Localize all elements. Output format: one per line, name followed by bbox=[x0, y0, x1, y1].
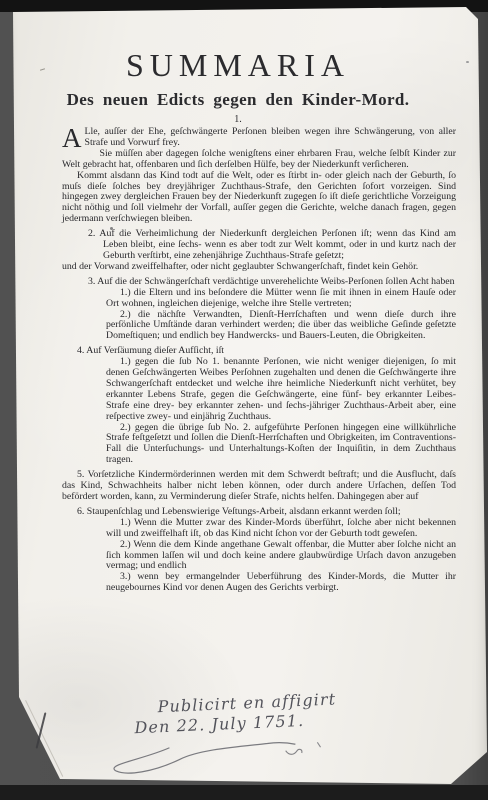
paragraph-14: 1.) Wenn die Mutter zwar des Kinder-Mord… bbox=[106, 518, 456, 540]
paragraph-15: 2.) Wenn die dem Kinde angethane Gewalt … bbox=[106, 540, 456, 573]
page-title: SUMMARIA bbox=[0, 47, 476, 84]
paper-speck bbox=[466, 61, 469, 63]
scanned-document-page: { "doc": { "title": "SUMMARIA", "subtitl… bbox=[0, 0, 488, 800]
document-body: ALle, auſſer der Ehe, geſchwängerte Perſ… bbox=[62, 127, 456, 594]
paper-speck bbox=[110, 227, 113, 230]
page-subtitle: Des neuen Edicts gegen den Kinder-Mord. bbox=[0, 90, 476, 110]
paragraph-text: Lle, auſſer der Ehe, geſchwängerte Perſo… bbox=[85, 126, 457, 148]
paragraph-7: 1.) die Eltern und ins beſondere die Müt… bbox=[106, 288, 456, 310]
scanner-background-bottom bbox=[0, 785, 488, 800]
paragraph-8: 2.) die nächſte Verwandten, Dienſt-Herrſ… bbox=[106, 310, 456, 343]
paragraph-2: Sie müſſen aber dagegen ſolche wenigſten… bbox=[62, 149, 456, 171]
paragraph-16: 3.) wenn bey ermangelnder Ueberführung d… bbox=[106, 572, 456, 594]
paragraph-1: ALle, auſſer der Ehe, geſchwängerte Perſ… bbox=[62, 127, 456, 149]
paragraph-12: 5. Vorſetzliche Kindermörderinnen werden… bbox=[62, 470, 456, 503]
drop-cap: A bbox=[62, 128, 82, 149]
paragraph-5: und der Vorwand zweiffelhafter, oder nic… bbox=[62, 262, 456, 273]
paragraph-4: 2. Auf die Verheimlichung der Niederkunf… bbox=[103, 229, 456, 262]
paragraph-3: Kommt alsdann das Kind todt auf die Welt… bbox=[62, 171, 456, 226]
paragraph-11: 2.) gegen die übrige ſub No. 2. aufgefüh… bbox=[106, 423, 456, 467]
paragraph-10: 1.) gegen die ſub No 1. benannte Perſone… bbox=[106, 357, 456, 422]
